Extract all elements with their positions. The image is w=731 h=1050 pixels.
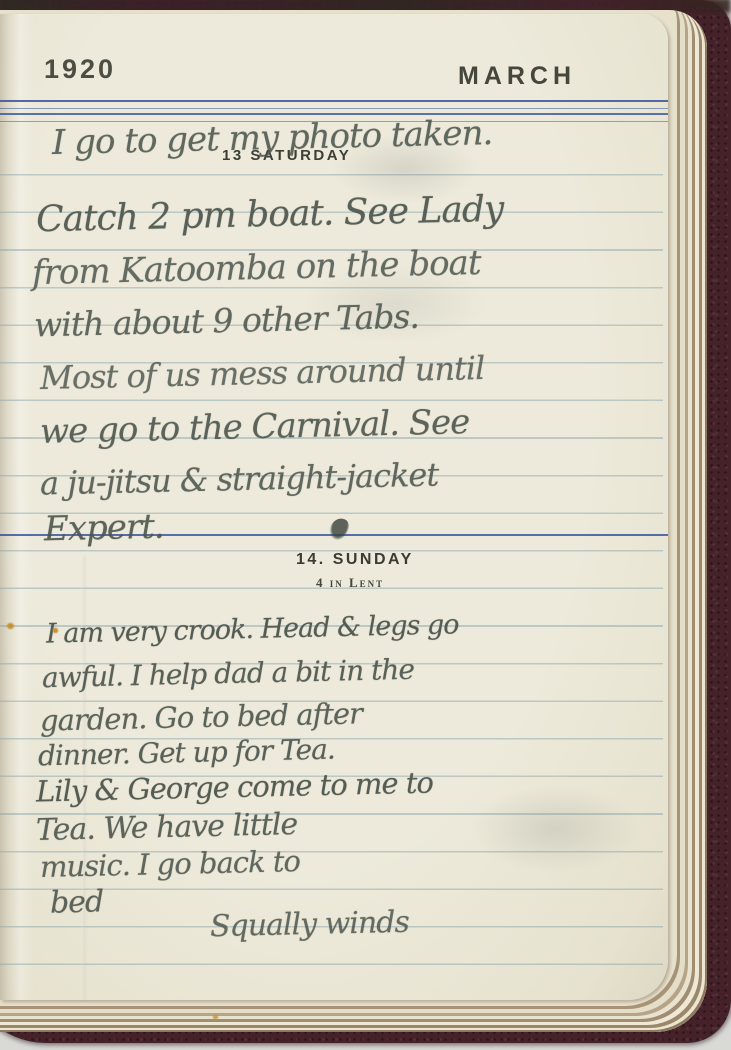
diary-page: 1920 MARCH 13 SATURDAY I go to get my ph… [0, 14, 668, 1000]
foxing-spot [6, 622, 15, 630]
foxing-spot [212, 1014, 219, 1020]
header-rule-top [0, 100, 668, 109]
printed-lent-subtitle: 4 in Lent [316, 575, 384, 591]
handwritten-line: bed [50, 884, 104, 920]
handwritten-line: dinner. Get up for Tea. [38, 733, 335, 773]
printed-month: MARCH [458, 62, 576, 91]
handwritten-weather-note: Squally winds [210, 905, 410, 945]
pencil-smudge [470, 784, 640, 874]
printed-year: 1920 [44, 54, 116, 85]
foxing-spot [52, 627, 59, 634]
printed-date-sunday: 14. SUNDAY [296, 551, 414, 569]
diary-scan: 1920 MARCH 13 SATURDAY I go to get my ph… [0, 0, 731, 1050]
handwritten-line: music. I go back to [40, 844, 301, 884]
handwritten-line: Expert. [44, 507, 164, 550]
handwritten-line: Tea. We have little [36, 807, 298, 848]
